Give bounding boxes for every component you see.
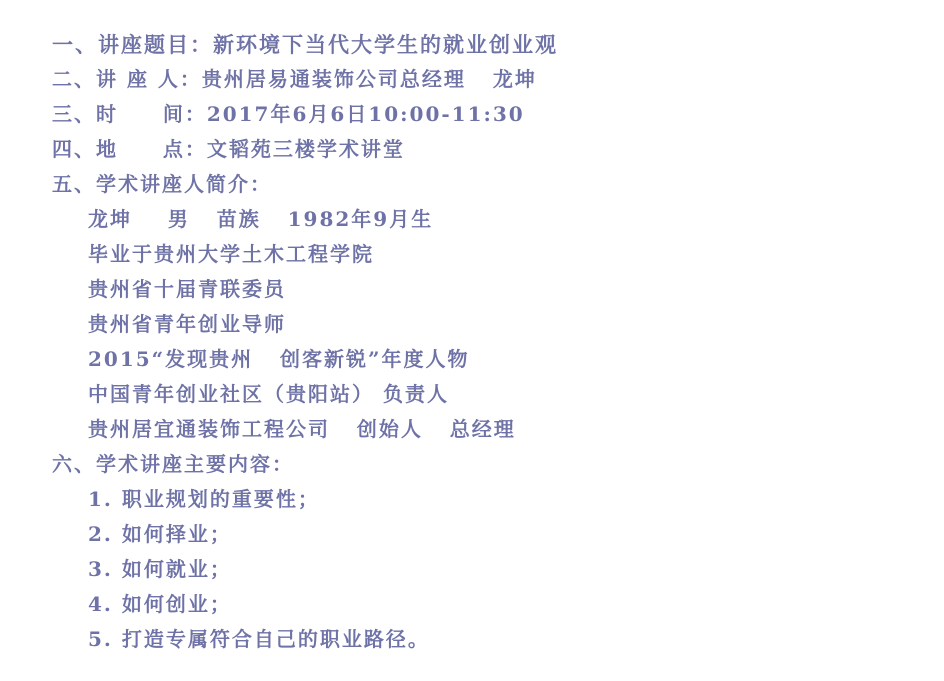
lecture-speaker: 二、讲 座 人：贵州居易通装饰公司总经理 龙坤 [52, 62, 912, 97]
bio-line: 2015“发现贵州 创客新锐”年度人物 [52, 342, 912, 377]
speaker-bio-heading: 五、学术讲座人简介： [52, 167, 912, 202]
content-item: 1. 职业规划的重要性； [52, 482, 912, 517]
lecture-topic: 一、讲座题目：新环境下当代大学生的就业创业观 [52, 27, 912, 62]
lecture-location: 四、地 点：文韬苑三楼学术讲堂 [52, 132, 912, 167]
content-item: 2. 如何择业； [52, 517, 912, 552]
content-item: 3. 如何就业； [52, 552, 912, 587]
content-item: 5. 打造专属符合自己的职业路径。 [52, 622, 912, 657]
bio-line: 贵州居宜通装饰工程公司 创始人 总经理 [52, 412, 912, 447]
lecture-notice: 一、讲座题目：新环境下当代大学生的就业创业观 二、讲 座 人：贵州居易通装饰公司… [52, 27, 912, 657]
bio-line: 龙坤 男 苗族 1982年9月生 [52, 202, 912, 237]
content-item: 4. 如何创业； [52, 587, 912, 622]
bio-line: 中国青年创业社区（贵阳站） 负责人 [52, 377, 912, 412]
bio-line: 贵州省青年创业导师 [52, 307, 912, 342]
bio-line: 毕业于贵州大学土木工程学院 [52, 237, 912, 272]
bio-line: 贵州省十届青联委员 [52, 272, 912, 307]
lecture-time: 三、时 间：2017年6月6日10:00-11:30 [52, 97, 912, 132]
lecture-content-heading: 六、学术讲座主要内容： [52, 447, 912, 482]
